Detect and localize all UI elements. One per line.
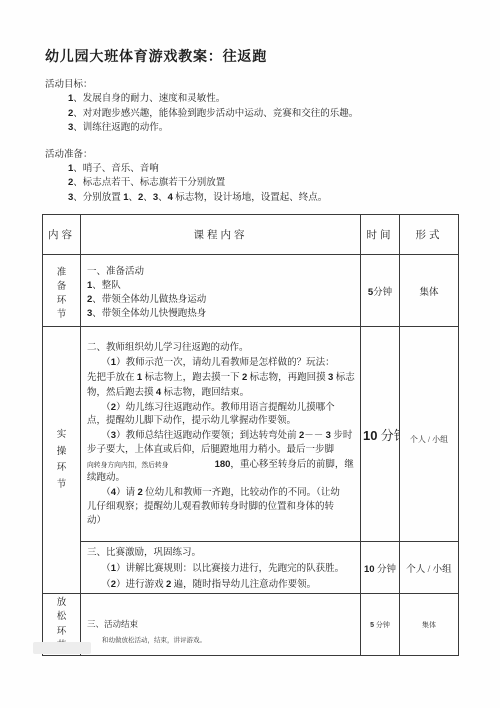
page-title: 幼儿园大班体育游戏教案：往返跑 [45,46,460,66]
text-line: 1、哨子、音乐、音响 [68,162,500,177]
goals-list: 1、发展自身的耐力、速度和灵敏性。2、对对跑步感兴趣，能体验到跑步活动中运动、竞… [68,92,500,136]
turn-instruction-line: 向转身方向内扣，然后转身180，重心移至转身后的前脚，继 [87,458,357,473]
text-line: （3）教师总结往返跑动作要领；到达转弯处前 2－－ 3 步时 [87,429,357,444]
text-line: （2）幼儿练习往返跑动作。教师用语言提醒幼儿摸哪个 [87,401,357,416]
text-line: 一、准备活动 [87,265,357,279]
text-line: （1）讲解比赛规则：以比赛接力进行，先跑完的队获胜。 [87,561,357,577]
form-cell-preparation: 集体 [400,255,459,327]
text-line: 续跑动。 [87,472,357,486]
text-line: 三、比赛激励，巩固练习。 [87,546,357,561]
stage-cell-practice: 实操环节 [43,327,81,594]
table-row-preparation: 准备环节 一、准备活动1、整队2、带领全体幼儿做热身运动3、带领全体幼儿快慢跑热… [43,255,459,327]
text-line: 1、整队 [87,279,357,293]
time-cell-preparation: 5分钟 [361,255,400,327]
form-cell-relaxation: 集体 [400,594,459,656]
table-header-row: 内容 课程内容 时间 形式 [43,215,459,255]
text-line: 2、标志点若干、标志旗若干分别放置 [68,176,500,191]
text-line: 二、教师组织幼儿学习往返跑的动作。 [87,342,357,356]
text-line: 2、带领全体幼儿做热身运动 [87,293,357,307]
stage-cell-preparation: 准备环节 [43,255,81,327]
text-line: 步子要大，上体直或后仰，后腿蹬地用力稍小。最后一步脚 [87,444,357,458]
turn-note-small-text: 向转身方向内扣，然后转身 [87,462,169,469]
turn-note-rest-text: 180，重心移至转身后的前脚，继 [215,460,354,470]
form-cell-practice-2: 个人 / 小组 [400,542,459,594]
form-value: 个人 / 小组 [410,435,448,444]
lesson-plan-table: 内容 课程内容 时间 形式 准备环节 一、准备活动1、整队2、带领全体幼儿做热身… [42,214,459,656]
header-cell-course: 课程内容 [81,215,361,255]
document-page: 幼儿园大班体育游戏教案：往返跑 活动目标： 1、发展自身的耐力、速度和灵敏性。2… [0,0,500,708]
scan-smudge-artifact [33,642,91,654]
course-cell-preparation: 一、准备活动1、整队2、带领全体幼儿做热身运动3、带领全体幼儿快慢跑热身 [81,255,361,327]
text-line: 3、分别放置 1、2、3、4 标志物，设计场地，设置起、终点。 [68,191,500,206]
time-cell-relaxation: 5 分钟 [361,594,400,656]
text-line: 物，然后跑去摸 4 标志物，跑回结束。 [87,386,357,401]
time-value: 10 分钟 [363,428,400,443]
stage-label: 准备环节 [57,266,67,322]
text-line: （2）进行游戏 2 遍，随时指导幼儿注意动作要领。 [87,577,357,593]
text-line: （4）请 2 位幼儿和教师一齐跑，比较动作的不同。（让幼 [87,486,357,501]
prep-list: 1、哨子、音乐、音响2、标志点若干、标志旗若干分别放置3、分别放置 1、2、3、… [68,162,500,206]
table-row-practice-2: 三、比赛激励，巩固练习。 （1）讲解比赛规则：以比赛接力进行，先跑完的队获胜。 … [43,542,459,594]
header-cell-form: 形式 [400,215,459,255]
stage-label: 实操环节 [57,427,67,493]
goals-heading: 活动目标： [45,79,500,92]
text-line: 儿仔细观察；提醒幼儿观看教师转身时脚的位置和身体的转 [87,501,357,515]
text-line: 先把手放在 1 标志物上，跑去摸一下 2 标志物，再跑回摸 3 标志 [87,371,357,386]
text-line: 3、训练往返跑的动作。 [68,121,500,136]
activity-end-note: 和幼做放松活动，结束，讲评游戏。 [102,635,356,644]
course-cell-practice-1: 二、教师组织幼儿学习往返跑的动作。 （1）教师示范一次，请幼儿看教师是怎样做的？… [81,327,361,542]
prep-heading: 活动准备： [45,149,500,162]
course-cell-relaxation: 三、活动结束 和幼做放松活动，结束，讲评游戏。 [81,594,361,656]
table-row-practice-1: 实操环节 二、教师组织幼儿学习往返跑的动作。 （1）教师示范一次，请幼儿看教师是… [43,327,459,542]
text-line: 2、对对跑步感兴趣，能体验到跑步活动中运动、竞赛和交往的乐趣。 [68,107,500,122]
text-line: 动） [87,515,357,529]
text-line: （1）教师示范一次，请幼儿看教师是怎样做的？玩法： [87,356,357,371]
text-line: 点，提醒幼儿脚下动作，提示幼儿掌握动作要领。 [87,415,357,429]
form-cell-practice-1: 个人 / 小组 [400,327,459,542]
text-line: 3、带领全体幼儿快慢跑热身 [87,307,357,321]
header-cell-time: 时间 [361,215,400,255]
course-cell-practice-2: 三、比赛激励，巩固练习。 （1）讲解比赛规则：以比赛接力进行，先跑完的队获胜。 … [81,542,361,594]
table-row-relaxation: 放松环节 三、活动结束 和幼做放松活动，结束，讲评游戏。 5 分钟 集体 [43,594,459,656]
time-cell-practice-2: 10 分钟 [361,542,400,594]
activity-end-title: 三、活动结束 [87,619,356,630]
text-line: 1、发展自身的耐力、速度和灵敏性。 [68,92,500,107]
time-cell-practice-1: 10 分钟 [361,327,400,542]
header-cell-content: 内容 [43,215,81,255]
